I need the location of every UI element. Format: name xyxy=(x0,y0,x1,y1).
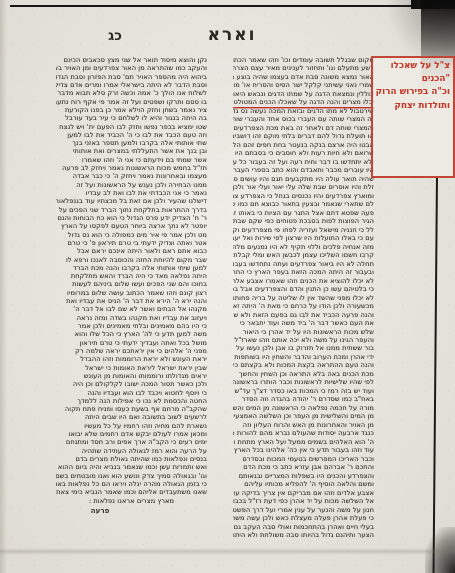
text-line: והנה ירא ה' הירא את דבר ה' הניס את עבדיו… xyxy=(56,297,207,305)
text-line: רשע מתעלם וגו' ותחזור לענינים מאיר עצם ה… xyxy=(233,64,374,72)
text-line: והנה טעם ההתראה בקצת המכות ולא בקצתם כי xyxy=(233,361,374,369)
text-line: חנון על משה והנער על ענין אמרי ועל דרך ה… xyxy=(233,506,374,514)
text-line: בה היתה בנגור והיא לו לשלחם כי עיר בעד ע… xyxy=(56,114,207,122)
text-line-red-underlined: יכלו מצרים והנה הדגה על שאכלו הכנים המטו… xyxy=(233,98,374,106)
text-line: והנה פרעה הכביד את לבו גם בפעם הזאת ולא … xyxy=(233,311,374,319)
text-line: היתה נפלאה מאד כי היה הברד והאש מתלקחת xyxy=(56,272,207,280)
catchword: פרעה xyxy=(76,506,124,515)
margin-note-line: וכ"ה בפירוש הרוקח xyxy=(375,86,450,99)
text-line: צוללין ונמצאת הדגה על שמתו הדגים ונבאש ה… xyxy=(233,90,374,98)
text-line: שלש מכות הראשונות היו על יד אהרן כי היאו… xyxy=(233,328,374,336)
text-line: בתוכו והם שני הפכים ועשו שלום ביניהם לעש… xyxy=(56,280,207,288)
text-line: והחכם ר' אברהם אבן עזרא כתב כי מכת הדם xyxy=(233,463,374,471)
text-line: דישלנו שהעיר ולכן אם זאת בל מכצתיו עוד ב… xyxy=(56,197,207,205)
text-line: שטו ימציא בכפר נפשו וחזק לבו הפעם ית' וי… xyxy=(56,123,207,131)
text-line: ובן בנך את אשר התעללתי במצרים ואת אותותי xyxy=(56,147,207,155)
text-line: על הרעה והוא רמז לגאולה העתידה שתהיה xyxy=(56,447,207,455)
text-line: ידי אהרן ומכת הערוב והדבר והשחין היו בשו… xyxy=(233,353,374,361)
text-line: מזה אנחיה פלכים וללוי תקיף לא היו נמנעים… xyxy=(233,243,374,251)
text-line: ימים רעים כי הקב"ה ארך אפים ורב חסד ומתנ… xyxy=(56,438,207,446)
text-line: שבין יראת ישראל ליראת האומות כי ישראל xyxy=(56,364,207,372)
parasha-title: וארא xyxy=(185,25,279,45)
text-line: נקן והוצא מיסוד תואר אל שני מצץ סכאבים ה… xyxy=(56,56,207,64)
text-line: היו עוברים מכבר ותאבדם והוא כתב בספרי הע… xyxy=(233,166,374,174)
margin-note-line: צ"ל על שאכלו xyxy=(375,60,450,73)
text-line: ומוארץ צפרדעים והיו נכנסים בגחל כי הצפרד… xyxy=(233,192,374,200)
text-line: אשר שמתי בם וידעתם כי אני ה' וזהו שאמרו xyxy=(56,156,207,164)
text-line: לרשעים לשוב בתשובה ואם היו שבים היתה xyxy=(56,413,207,421)
text-line: בעלי חיים ואהרן בהתחכמות ואולי סבה העקב … xyxy=(233,523,374,531)
text-line: כי ויוסף לחטוא ויכבד לבו הוא ועבדיו והנה xyxy=(56,389,207,397)
text-line: יראים מגדולתו ורוממותו והאומות מן העונש xyxy=(56,372,207,380)
text-line: וזה טעם הכבד את לבו כי ה' הכביד את לבו ל… xyxy=(56,131,207,139)
text-line: מעצמו ובאחרונות נאמר ויחזק ה' כי כבר אבד… xyxy=(56,172,207,180)
margin-note-box: צ"ל על שאכלו"הכניםוכ"ה בפירוש הרוקחותולד… xyxy=(371,56,455,178)
text-line: רצון קונם וזהו שאמר הכתוב עושה שלום במרו… xyxy=(56,289,207,297)
text-line: ועוד יש בזה רמז כי המכות באו כסדר דצ"ך ע… xyxy=(233,387,374,395)
margin-note-line: ותולדות יצחק xyxy=(375,100,450,113)
text-line: לפי שהיו שלישיות לראשונות וכבר הותרו ברא… xyxy=(233,378,374,386)
text-line: אצבע אלדים וזהו אם מבריקם אין צריך בדיקה… xyxy=(233,489,374,497)
text-line: עוד וזהו בעבור תדע כי אין כה' אלהינו בכל… xyxy=(233,446,374,454)
text-line: שאנו משתעבדים אליהם וכמו שאמר הנביא כימי… xyxy=(56,488,207,496)
scan-artifact-left-edge-shade xyxy=(0,0,7,573)
text-line: בנסים ונפלאות כמו שהיתה גאולת מצרים בדם xyxy=(56,455,207,463)
text-line: כי בזמן הגאולה מהרה יגלה ויראו הם כל נפל… xyxy=(56,480,207,488)
text-line: וגו' ובגאולה סמיך צדק ונושע הוא ואנו מוב… xyxy=(56,472,207,480)
text-line: בדרך ההתראות בתלקחת נתוך הברד שני הפכים … xyxy=(56,206,207,214)
text-column-left: נקן והוצא מיסוד תואר אל שני מצץ סכאבים ה… xyxy=(56,56,207,508)
text-line: וכבר האריכו המפרשים בטעמי המכות ובסדרם xyxy=(233,455,374,463)
text-line: מן המים והשלישית מן העפר וכן השלשה האמצע… xyxy=(233,412,374,420)
text-line: ולא יתחדשו בו דבר וחית רעה ועל זה בעבור … xyxy=(233,158,374,166)
text-line: חז"ל בחמש מכות הראשונות נאמר ויחזק לב פר… xyxy=(56,164,207,172)
text-line: בו ססם ותרקו ושפטים ועל זה אמר פי אקף רו… xyxy=(56,98,207,106)
text-line: לם שתארי שנאמר ובצעין בתאור כבוצא חם כמו… xyxy=(233,200,374,208)
text-line: ובעבור זה היתה המכה הזאת בעפר הארץ כי הח… xyxy=(233,268,374,276)
text-line: האור נמצא משונה סבת אדם בעצמו שהיה בוצע … xyxy=(233,73,374,81)
text-line: אל השלשה מכות על יד אהרן כפי דעת רז"ל בכ… xyxy=(233,497,374,505)
text-line: והעפר הגינו על משה ולא יכה אותם וזהו שאר… xyxy=(233,336,374,344)
text-line: מכשעורה ולכן הודו על כרחם כי מאת ה' היתה… xyxy=(233,302,374,310)
text-line: לא יכלו להוציא את הכנים וזהו שאמרו אצבע … xyxy=(233,277,374,285)
text-line: עם כי באלו התועלות היו שרצון לפי שירות ו… xyxy=(233,234,374,242)
text-line: לל כי חנניה מישאל ועזריה לפחו פי מצפרדעי… xyxy=(233,226,374,234)
text-line: ולכן כאשר תסור המכה ישובו לקלקולם וכן הי… xyxy=(56,380,207,388)
text-line: ואש ותמרות עשן וכמו שנאמר בנביא והיה ביו… xyxy=(56,463,207,471)
text-line: והמצרי שותה דם ולאחר זה באת מכת הצפרדעים… xyxy=(233,124,374,132)
text-line: וסבת הדבר לא היתה בישראלי אמרו ומרים אדם… xyxy=(56,81,207,89)
text-line: מושל בכל ואתה ועבדיך ידעתי כי טרם תיראון xyxy=(56,339,207,347)
text-line: תחלה לא היו ביאור צפרדעים ועתה נתחדשו בע… xyxy=(233,260,374,268)
text-line: מקום שבגלל תשובה עומדים וכו' וזהו שאמר ה… xyxy=(233,56,374,64)
text-line: יראת העונש ולא יראת הרוממות וזהו ההבדל xyxy=(56,355,207,363)
text-line: מורה על חכמה נפלאה כי הראשונה מן המים וה… xyxy=(233,404,374,412)
text-line: מפני ה' אלהים כי אין יראתכם יראה שלמה רק xyxy=(56,347,207,355)
text-column-right: מקום שבגלל תשובה עומדים וכו' וזהו שאמר ה… xyxy=(233,56,374,542)
text-line: שירטבול לא מתו הדגים ובזאת המכה נעשה נס … xyxy=(233,107,374,115)
text-line: ביהוא היה מהספר האויר תם' סבת הפזרון וסב… xyxy=(56,73,207,81)
text-line: יופטר לא נתך ארצה ביוחר הטעם לפקסו על הא… xyxy=(56,222,207,230)
text-line: כנגד ארבעה יסודות שהעולם נברא מהם להורות… xyxy=(233,429,374,437)
text-line: או תועלת גדול להם דברים בלתי מוקם זהו דו… xyxy=(233,132,374,140)
text-line: מכת הכנים באה בלא התראה וכן השחין והחשך xyxy=(233,370,374,378)
text-line: והצפרדע והכנים היו בשפלות המצריים ובגאות… xyxy=(233,472,374,480)
text-line: נאמר כי אני הכבדתי את לבו ואת לב עבדיו xyxy=(56,189,207,197)
text-line: מארץ מצרים אראנו נפלאות : xyxy=(56,497,207,505)
text-line: בור ששתית ממנו אל תזרוק בו אבן ולכן נעשו… xyxy=(233,344,374,352)
text-line: ומשם והלאה הוסיף ה' להפליא מכותיו עליהם xyxy=(233,480,374,488)
text-line: כי היו בהם מאמינים ובלתי מאמינים ולכן אמ… xyxy=(56,322,207,330)
text-line: שהיה תואר עולה היו מתקבעים תגם והיו עושי… xyxy=(233,175,374,183)
text-line: קרבו חשםו השליכו עצמן לכבשן האש ומלי קבל… xyxy=(233,251,374,259)
text-line: מן האויר והאחרונות מן האש והרוח העליון ו… xyxy=(233,421,374,429)
text-line: את העם כאשר דבר ה' ביד משה ועוד יתבאר כי xyxy=(233,319,374,327)
text-line: ומכאן אמרו לעולם יבקש אדם רחמים שלא יבוא… xyxy=(56,430,207,438)
folio-number: כג xyxy=(100,28,130,44)
text-line: אטר ואתה וצדיק ידעתי בי טרם תיראון פ' כי… xyxy=(56,239,207,247)
margin-note-line: "הכנים xyxy=(375,73,450,86)
text-line: ה' הוא האלהים בשמים ממעל ועל הארץ מתחת ו… xyxy=(233,438,374,446)
text-line: משה למען תדע כי לה' הארץ כי הכל שלו והוא xyxy=(56,330,207,338)
text-line: מקנהו אל הבתים ואשר לא שם לבו אל דבר ה' xyxy=(56,305,207,313)
scanned-book-page: וארא כג מקום שבגלל תשובה עומדים וכו' וזה… xyxy=(0,0,455,573)
text-line: אבטו היה ארצם בנקה בנעטר בחת חפים זהם הל… xyxy=(233,141,374,149)
text-line: כי בלטיהם עשו כן התנין והדם והצפרדעים אב… xyxy=(233,285,374,293)
text-line: כבוא אתם ראם ולאור היתה אינכם יראם אבל xyxy=(56,247,207,255)
text-line: ציר נאמר בשחן וחזק הוילא אמר כן בפנו הקו… xyxy=(56,106,207,114)
text-line: ויעזוב את עבדיו ואת מקנהו בשדה ומזה נראה xyxy=(56,314,207,322)
text-line: לא יכלו מפני שהשד אין לו שליטה על בריה פ… xyxy=(233,294,374,302)
text-line: ממנו הבחירה ולכן נענש על הראשונות ועל זה xyxy=(56,181,207,189)
text-line: כי פעלת אהרן פעלה מעצלת כאש ולכן עשה משה… xyxy=(233,514,374,522)
text-line: ר' ח' הצדיק ידע פרס הגדול כי הוא כח הבוח… xyxy=(56,214,207,222)
text-line: שרואם ולא חיות רעות ולא חוסבים כי בסבתם … xyxy=(233,149,374,157)
text-line: זלת והיו אוסרים שבת שלה עלי יאור ועלי או… xyxy=(233,183,374,191)
text-line: נשארת להם מחיה וזהו רחמיו על כל מעשיו xyxy=(56,422,207,430)
text-line: שהקב"ה מרחם אף בשעת כעסו ומניח פתח תקוה xyxy=(56,405,207,413)
text-line: מט ולכן אמר פי איר מים כמפולה כי הוא נס … xyxy=(56,231,207,239)
text-line: הגיר הפוצות לפות בסבכת פטוחים כפי שקם שב… xyxy=(233,217,374,225)
scan-artifact-bottom-smudge xyxy=(0,548,455,555)
text-line: והעקב כמו שהתראה מן האור צפרדעים ומן האו… xyxy=(56,64,207,72)
text-line: החטה והכסמת לא נכו כי אפילות הנה ללמדך xyxy=(56,397,207,405)
text-line: פעה שפטא דתם אצל התגר עם הציות כי באותו … xyxy=(233,209,374,217)
scan-artifact-vertical-hairline xyxy=(433,176,438,573)
text-line: לשלוח אנו הולך כ' אמה וכשה זרק סלא תבוא … xyxy=(56,89,207,97)
text-line: שמרי נאני עשיתני קלקל ישר הסיס והסריח או… xyxy=(233,81,374,89)
text-line: זה המצרי שותה עם העברי בכוס אחד והעברי ש… xyxy=(233,115,374,123)
text-line: הצער ותיהנם גדול בהיותו סבה משולחת ולא ה… xyxy=(233,531,374,539)
text-line: באח"ב כמו שסדרם ר' יהודה בהגדה וזה הסדר xyxy=(233,395,374,403)
text-line: שבר מקום להיוחת החזה והכוסבה לאנכו ורפא … xyxy=(56,256,207,264)
text-line: למען שיתי אותותי אלה בקרבו והנה מכת הברד xyxy=(56,264,207,272)
text-line: שתי אותותי אלה בקרבו ולמען תספר באזני בנ… xyxy=(56,139,207,147)
